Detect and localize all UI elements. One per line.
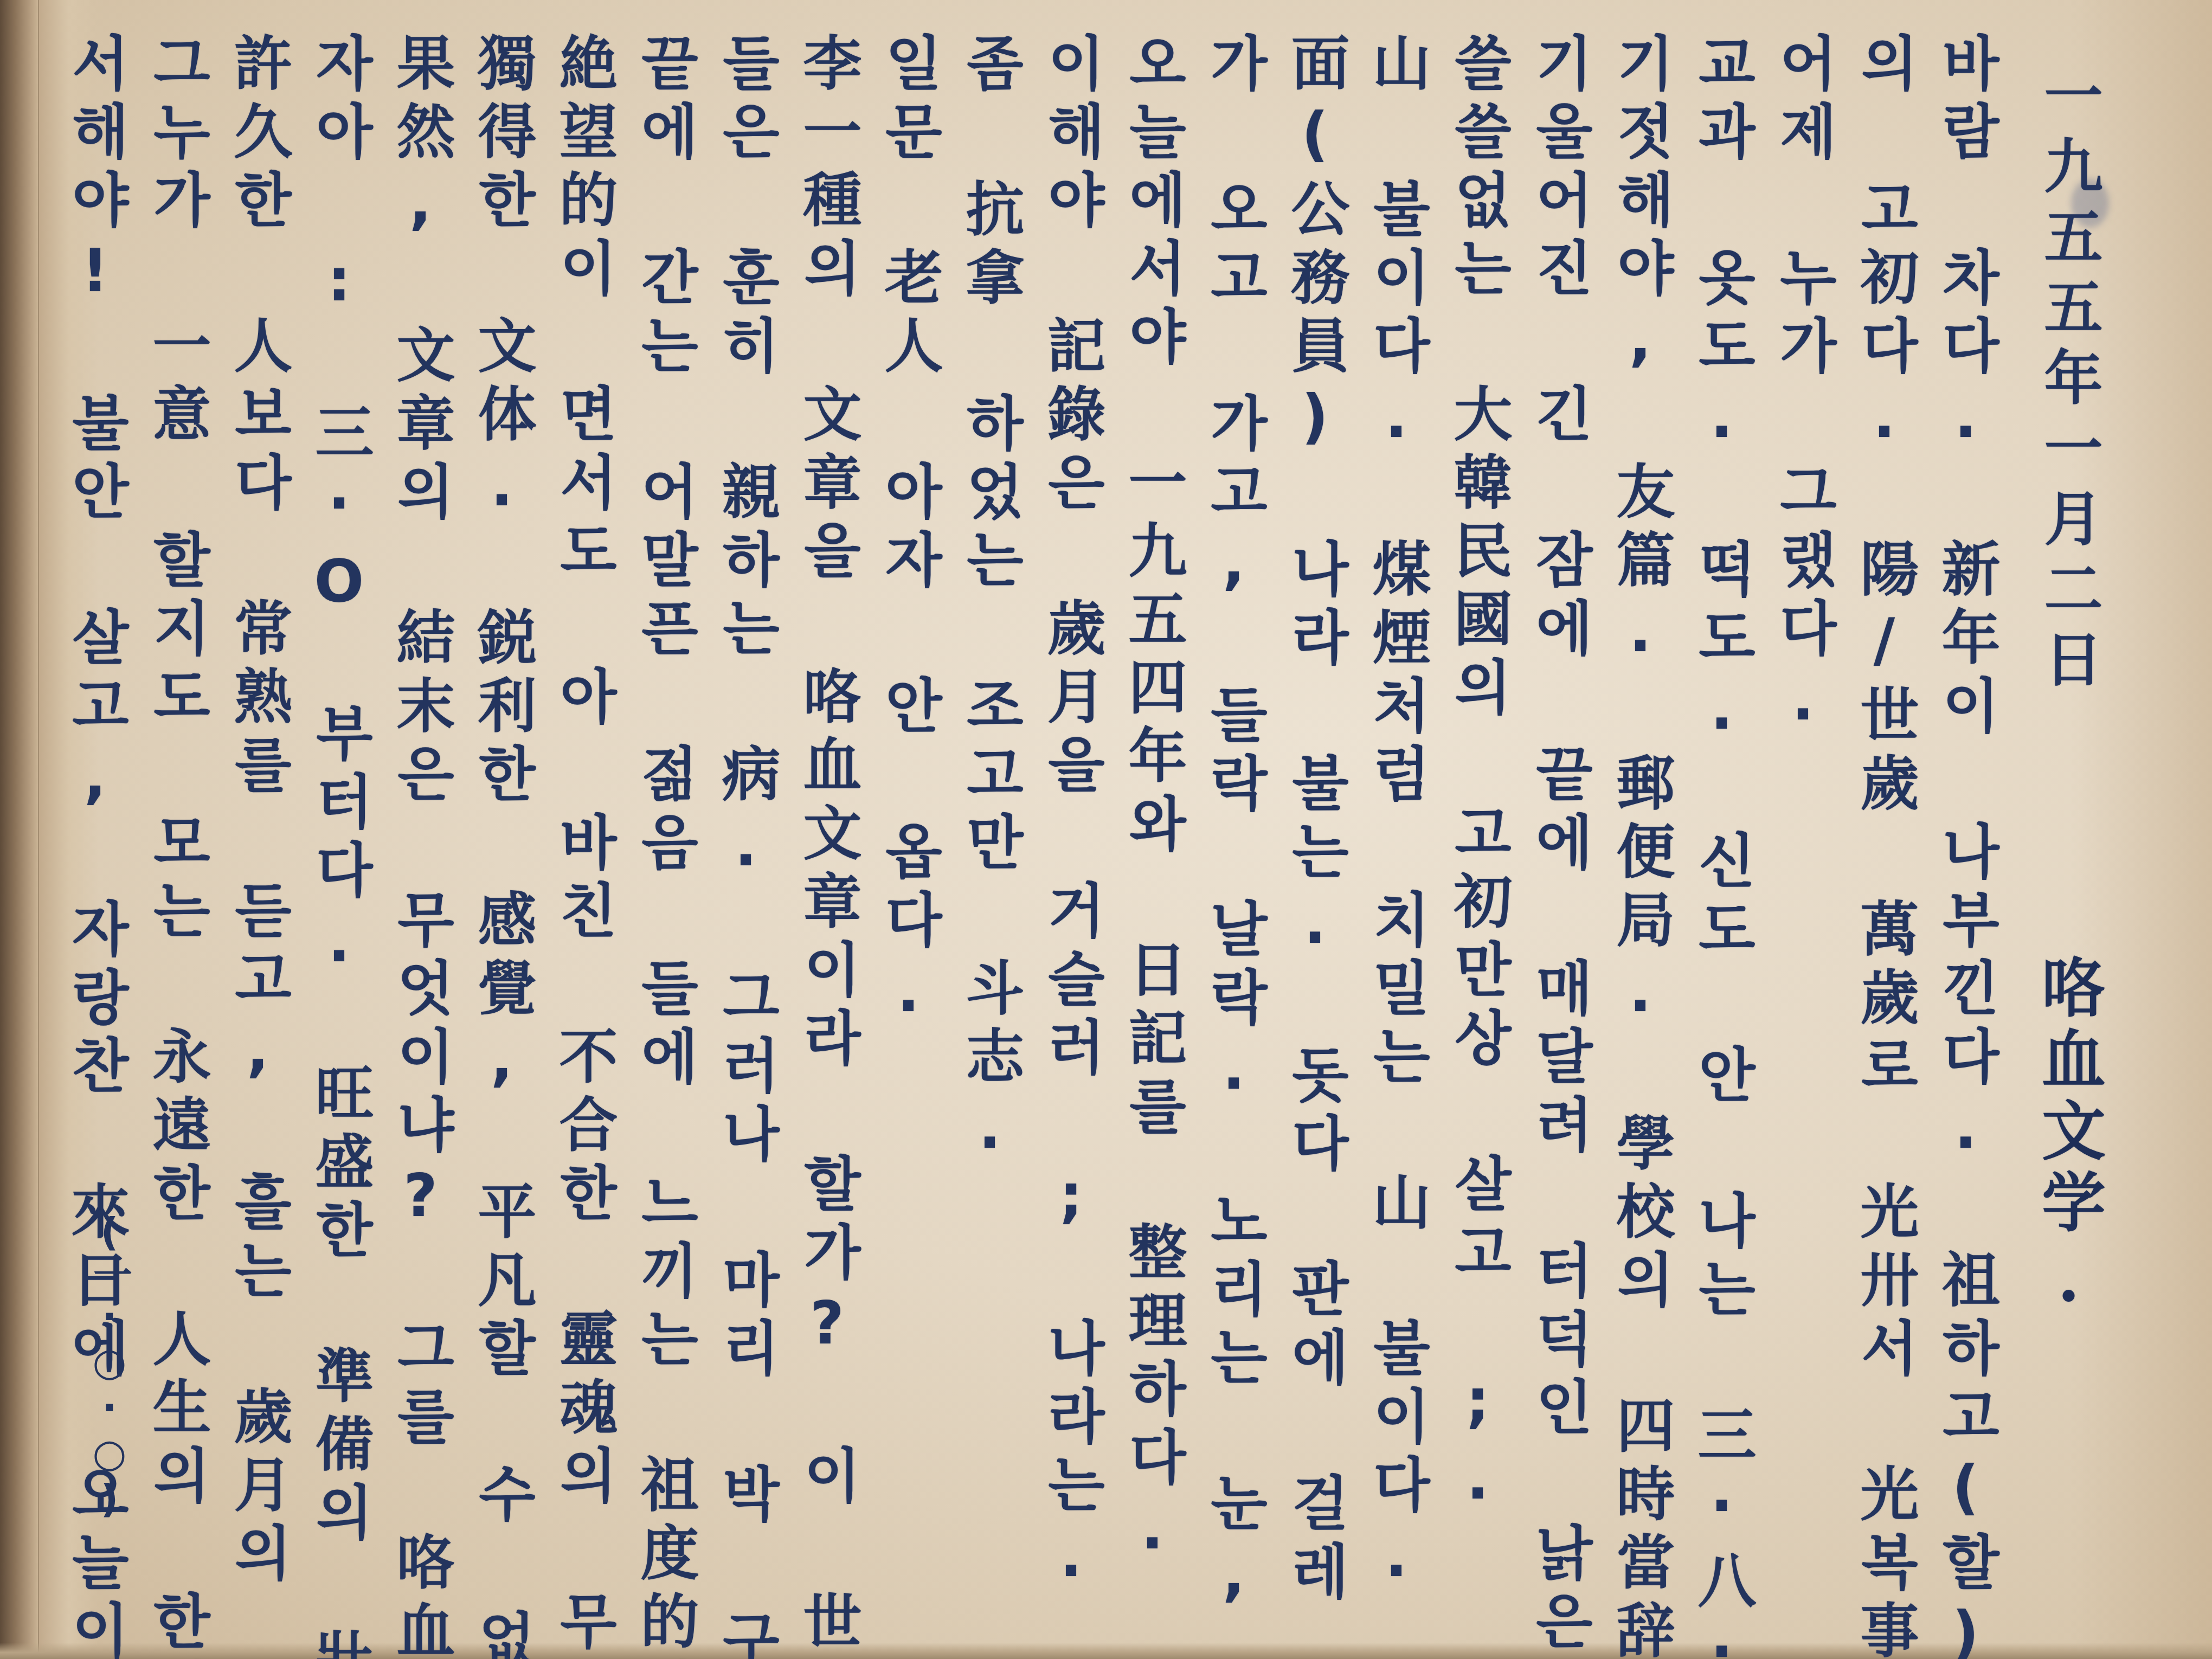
text-column: 의 고初다. 陽/世歲 萬歲로 光卅서 光복事件 있어왔고 (1843, 33, 1925, 1632)
text-column: 가 오고 가고, 들락 날락. 노리는 눈, 여쩌로 못 고 ;. (1193, 33, 1274, 1632)
text-column: 許久한 人보다 常熟를 듣고, 흘는 歲月의 옷을 바꾸며 (217, 33, 298, 1632)
entry-signature: (一·○·○) (81, 1209, 138, 1521)
text-column: 교과 옷도. 떡도. 신도 안 나는 三·八·三의 설이니다. (1681, 33, 1762, 1632)
text-column: 쓸쓸없는 大韓民國의 고初만상 살고 ;. (1437, 33, 1518, 1632)
text-column: 李一種의 文章을 咯血文章이라 할가? 이 世紀의 젊은 知性 (786, 33, 867, 1632)
diary-page: 一九五五年一月二日 咯血文学. 바람 차다. 新年이 나부낀다. 祖하고(할) … (0, 0, 2212, 1659)
header-column: 一九五五年一月二日 咯血文学. (2006, 33, 2131, 1632)
text-column: 果然, 文章의 結末은 무엇이냐? 그를 咯血 아니라 ; (380, 33, 461, 1632)
entry-date: 一九五五年一月二日 (2028, 65, 2109, 699)
text-column: 絶望的이 면서도 아 바친 不合한 靈魂의 무感의 쎈스. (542, 33, 623, 1632)
text-column: 일문 老人 아자 안 옵다. (867, 33, 949, 1632)
text-column: 기젓해야, 友篇. 郵便局. 學校의 四時當辞. 風雨에 (1599, 33, 1681, 1632)
text-column: 그누가 一意 할지도 모는 永遠한 人生의 한해를 맞다. (136, 33, 217, 1632)
text-column: 들은 훈히 親하는 病. 그러나 마리 박 구형에서 피를 흘린 (705, 33, 786, 1632)
text-columns: 一九五五年一月二日 咯血文学. 바람 차다. 新年이 나부낀다. 祖하고(할) … (54, 33, 2131, 1632)
text-column: 이해야 記錄은 歲月을 거슬러 ; 나라는. 내면에는. (1030, 33, 1111, 1632)
text-column: 바람 차다. 新年이 나부낀다. 祖하고(할) 볼품 없는 民國 (1925, 33, 2006, 1632)
text-column: 좀 抗拿 하었는 조고만 斗志. (949, 33, 1030, 1632)
text-column: 面(公務員) 나라 불는. 돗다 판에 걸레 쪽 같은 紙幣 몽텅이 (1274, 33, 1355, 1632)
text-column: 오늘에서야 一九五四年와 日記를 整理하다. (1111, 33, 1193, 1632)
text-column: 어제 누가 그랬다. (1762, 33, 1843, 1632)
text-column: 山 불이다. 煤煙처럼 치밀는 山 불이다. (1355, 33, 1437, 1632)
binding-edge (0, 0, 38, 1659)
entry-title: 咯血文学. (2028, 954, 2109, 1323)
text-column: 자아 : 三·O 부터다. 旺盛한 準備의 壯年期로 둔다. (298, 33, 380, 1632)
text-column: 끝에 간는 어말픈 젊음 들에 느끼는 祖度的이어도. 銳敏한. (623, 33, 705, 1632)
text-column: 기울어진 긴 잠에 끝에 매달려 터덕인 낡은 太極旗만이 (1518, 33, 1599, 1632)
text-column: 獨得한 文体. 鋭利한 感覺, 平凡할 수 없는 生活의 絶句. (461, 33, 542, 1632)
